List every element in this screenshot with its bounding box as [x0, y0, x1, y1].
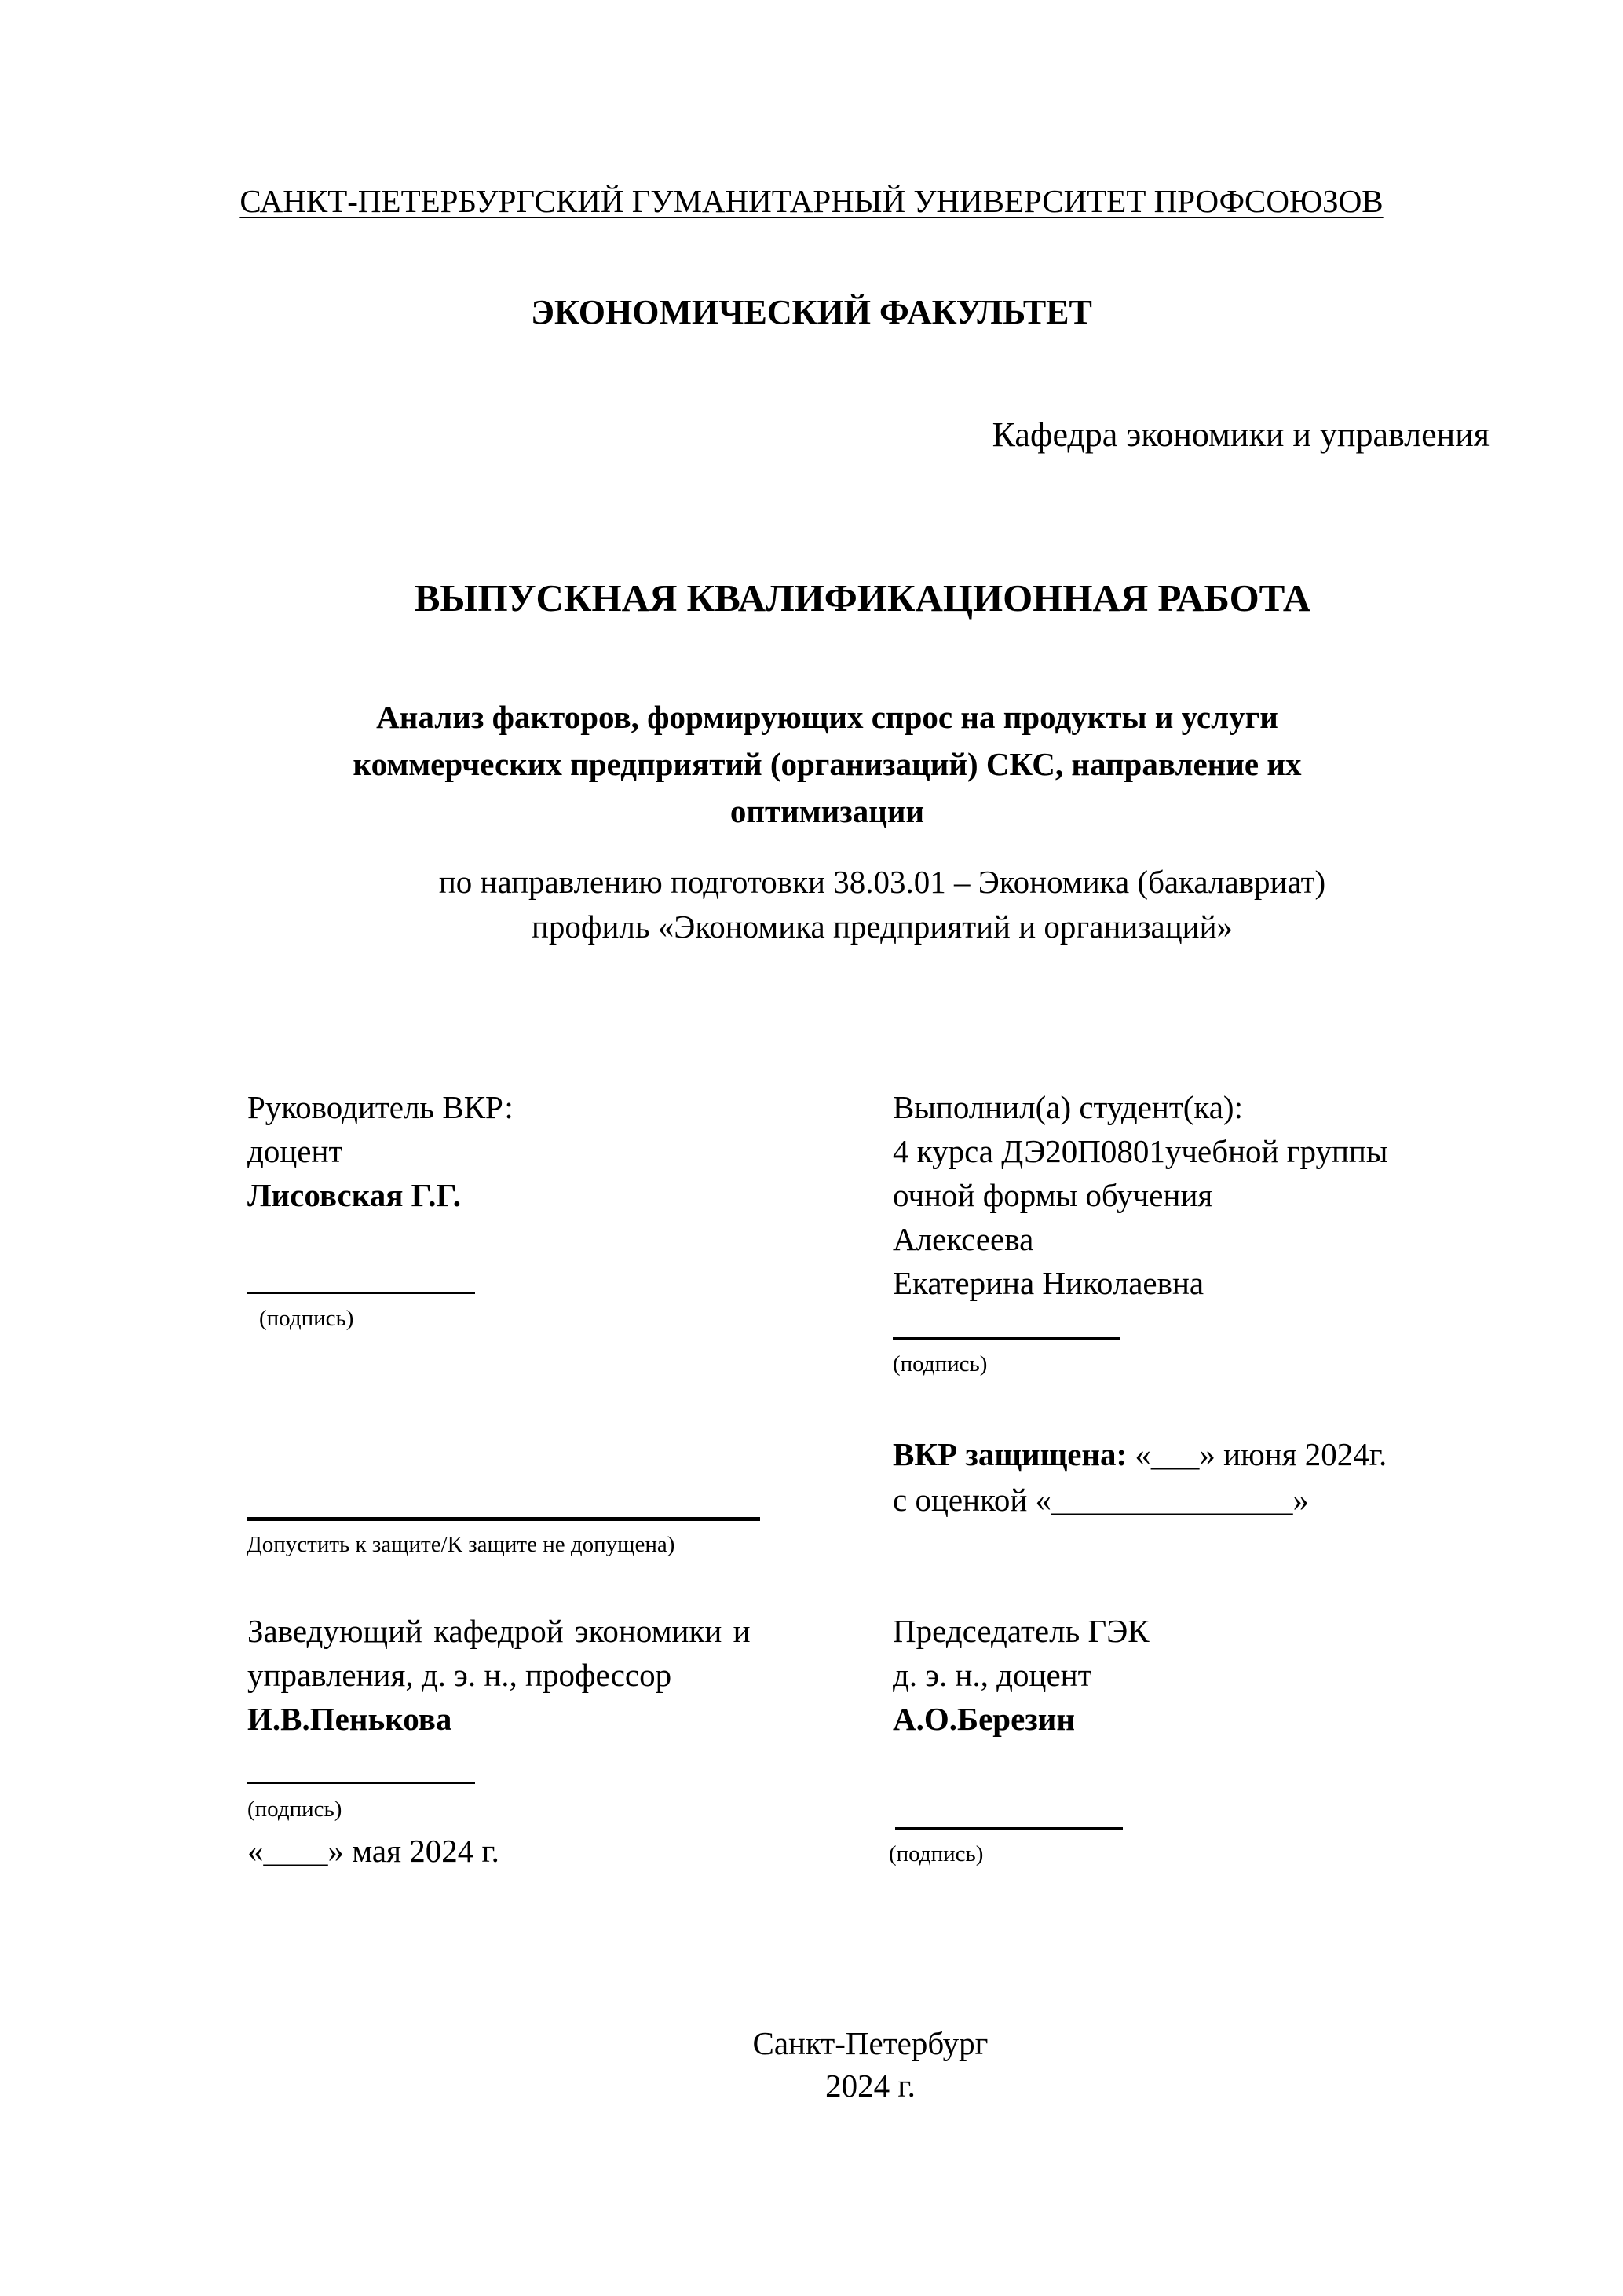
- supervisor-position: доцент: [247, 1135, 342, 1168]
- faculty-name: ЭКОНОМИЧЕСКИЙ ФАКУЛЬТЕТ: [0, 295, 1623, 330]
- gek-signature-line: [895, 1827, 1123, 1830]
- university-name: САНКТ-ПЕТЕРБУРГСКИЙ ГУМАНИТАРНЫЙ УНИВЕРС…: [0, 185, 1623, 218]
- defense-date: «___» июня 2024г.: [1127, 1436, 1387, 1472]
- head-name: И.В.Пенькова: [247, 1703, 451, 1735]
- topic-line: коммерческих предприятий (организаций) С…: [0, 748, 1623, 781]
- student-surname: Алексеева: [893, 1223, 1033, 1256]
- supervisor-name: Лисовская Г.Г.: [247, 1179, 461, 1212]
- defense-date-line: ВКР защищена: «___» июня 2024г.: [893, 1439, 1387, 1471]
- student-first-name: Екатерина Николаевна: [893, 1267, 1204, 1300]
- footer-city: Санкт-Петербург: [0, 2027, 1623, 2060]
- head-degree-line: управления, д. э. н., профессор: [247, 1659, 671, 1691]
- head-signature-caption: (подпись): [247, 1798, 342, 1821]
- head-date: «____» мая 2024 г.: [247, 1835, 499, 1867]
- defense-label: ВКР защищена:: [893, 1436, 1127, 1472]
- gek-chair-label: Председатель ГЭК: [893, 1615, 1150, 1647]
- student-signature-caption: (подпись): [893, 1353, 987, 1376]
- supervisor-signature-caption: (подпись): [259, 1307, 353, 1330]
- student-signature-line: [893, 1337, 1120, 1340]
- admission-caption: Допустить к защите/К защите не допущена): [247, 1534, 674, 1556]
- gek-chair-name: А.О.Березин: [893, 1703, 1075, 1735]
- topic-line: Анализ факторов, формирующих спрос на пр…: [0, 701, 1623, 733]
- work-type-title: ВЫПУСКНАЯ КВАЛИФИКАЦИОННАЯ РАБОТА: [0, 579, 1623, 617]
- gek-chair-position: д. э. н., доцент: [893, 1659, 1092, 1691]
- topic-line: оптимизации: [0, 795, 1623, 828]
- direction-line: по направлению подготовки 38.03.01 – Эко…: [0, 866, 1623, 898]
- profile-line: профиль «Экономика предприятий и организ…: [0, 911, 1623, 943]
- department-name: Кафедра экономики и управления: [992, 418, 1490, 452]
- gek-signature-caption: (подпись): [889, 1843, 983, 1866]
- admission-decision-line: [247, 1517, 760, 1521]
- defense-grade: с оценкой «_______________»: [893, 1484, 1309, 1516]
- head-position-line: Заведующий кафедрой экономики и: [247, 1615, 751, 1647]
- student-form-line: очной формы обучения: [893, 1179, 1212, 1212]
- footer-year: 2024 г.: [0, 2070, 1623, 2102]
- supervisor-label: Руководитель ВКР:: [247, 1091, 514, 1124]
- student-course-line: 4 курса ДЭ20П0801учебной группы: [893, 1135, 1387, 1168]
- student-label: Выполнил(а) студент(ка):: [893, 1091, 1243, 1124]
- head-signature-line: [247, 1782, 475, 1784]
- supervisor-signature-line: [247, 1292, 475, 1294]
